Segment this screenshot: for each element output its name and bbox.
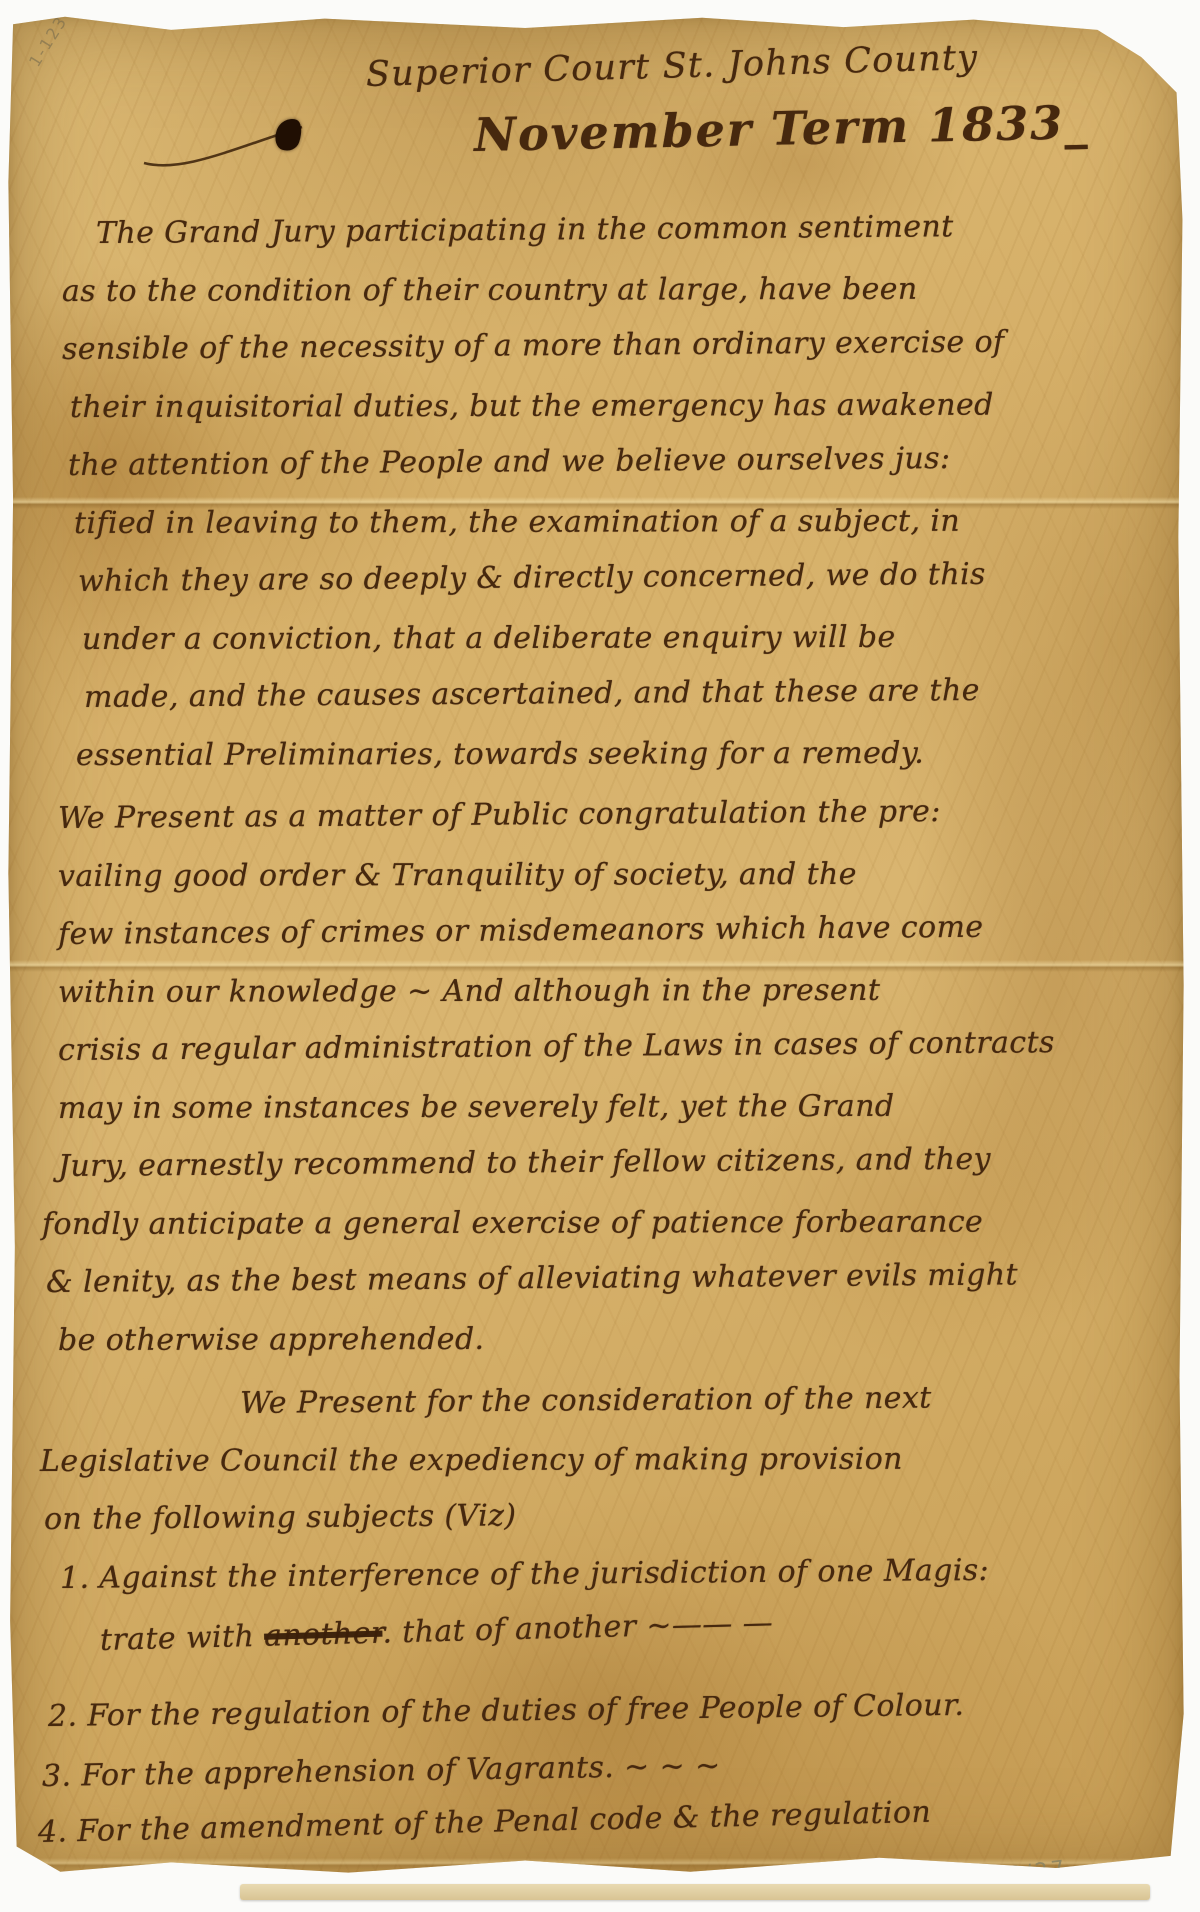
manuscript-line: may in some instances be severely felt, … [58,1077,1055,1138]
document-page: 1-123 28/27 Superior Court St. Johns Cou… [6,14,1186,1882]
header-court-line: Superior Court St. Johns County [365,29,979,104]
manuscript-line: Legislative Council the expediency of ma… [40,1431,932,1491]
manuscript-line: sensible of the necessity of a more than… [62,314,1005,379]
manuscript-line: vailing good order & Tranquility of soci… [58,845,1055,906]
paragraph-legislative-council: We Present for the consideration of the … [62,1375,932,1549]
manuscript-line: fondly anticipate a general exercise of … [42,1193,1055,1254]
manuscript-line: which they are so deeply & directly conc… [78,546,1005,611]
manuscript-line: their inquisitorial duties, but the emer… [70,377,1005,437]
manuscript-line: on the following subjects (Viz) [44,1484,932,1549]
manuscript-line: The Grand Jury participating in the comm… [96,198,1005,263]
manuscript-text: Superior Court St. Johns County November… [6,14,1186,1882]
manuscript-line: few instances of crimes or misdemeanors … [58,898,1055,964]
struck-word: another [264,1616,383,1654]
header-term-line: November Term 1833_ [473,93,1089,164]
manuscript-line: essential Preliminaries, towards seeking… [76,725,1005,785]
manuscript-line: crisis a regular administration of the L… [58,1014,1055,1080]
manuscript-line: & lenity, as the best means of alleviati… [46,1246,1055,1312]
list-item-2: 2. For the regulation of the duties of f… [48,1677,965,1746]
continuation-pre: trate with [100,1619,265,1658]
manuscript-line: as to the condition of their country at … [62,261,1005,321]
manuscript-line: We Present for the consideration of the … [240,1370,932,1433]
manuscript-line: tified in leaving to them, the examinati… [74,493,1005,553]
paragraph-grand-jury: The Grand Jury participating in the comm… [62,205,1005,785]
underlying-page-edge [240,1884,1150,1900]
manuscript-line: be otherwise apprehended. [58,1309,1055,1370]
manuscript-line: the attention of the People and we belie… [68,430,1005,495]
manuscript-line: within our knowledge ~ And although in t… [58,961,1055,1022]
manuscript-line: We Present as a matter of Public congrat… [58,782,1055,848]
list-item-1: 1. Against the interference of the juris… [60,1542,990,1608]
manuscript-line: Jury, earnestly recommend to their fello… [58,1130,1055,1196]
continuation-post: . that of another ~—— — [382,1605,774,1650]
manuscript-line: under a conviction, that a deliberate en… [82,609,1005,669]
manuscript-line: made, and the causes ascertained, and th… [84,662,1005,727]
paragraph-public-congratulation: We Present as a matter of Public congrat… [58,790,1055,1370]
